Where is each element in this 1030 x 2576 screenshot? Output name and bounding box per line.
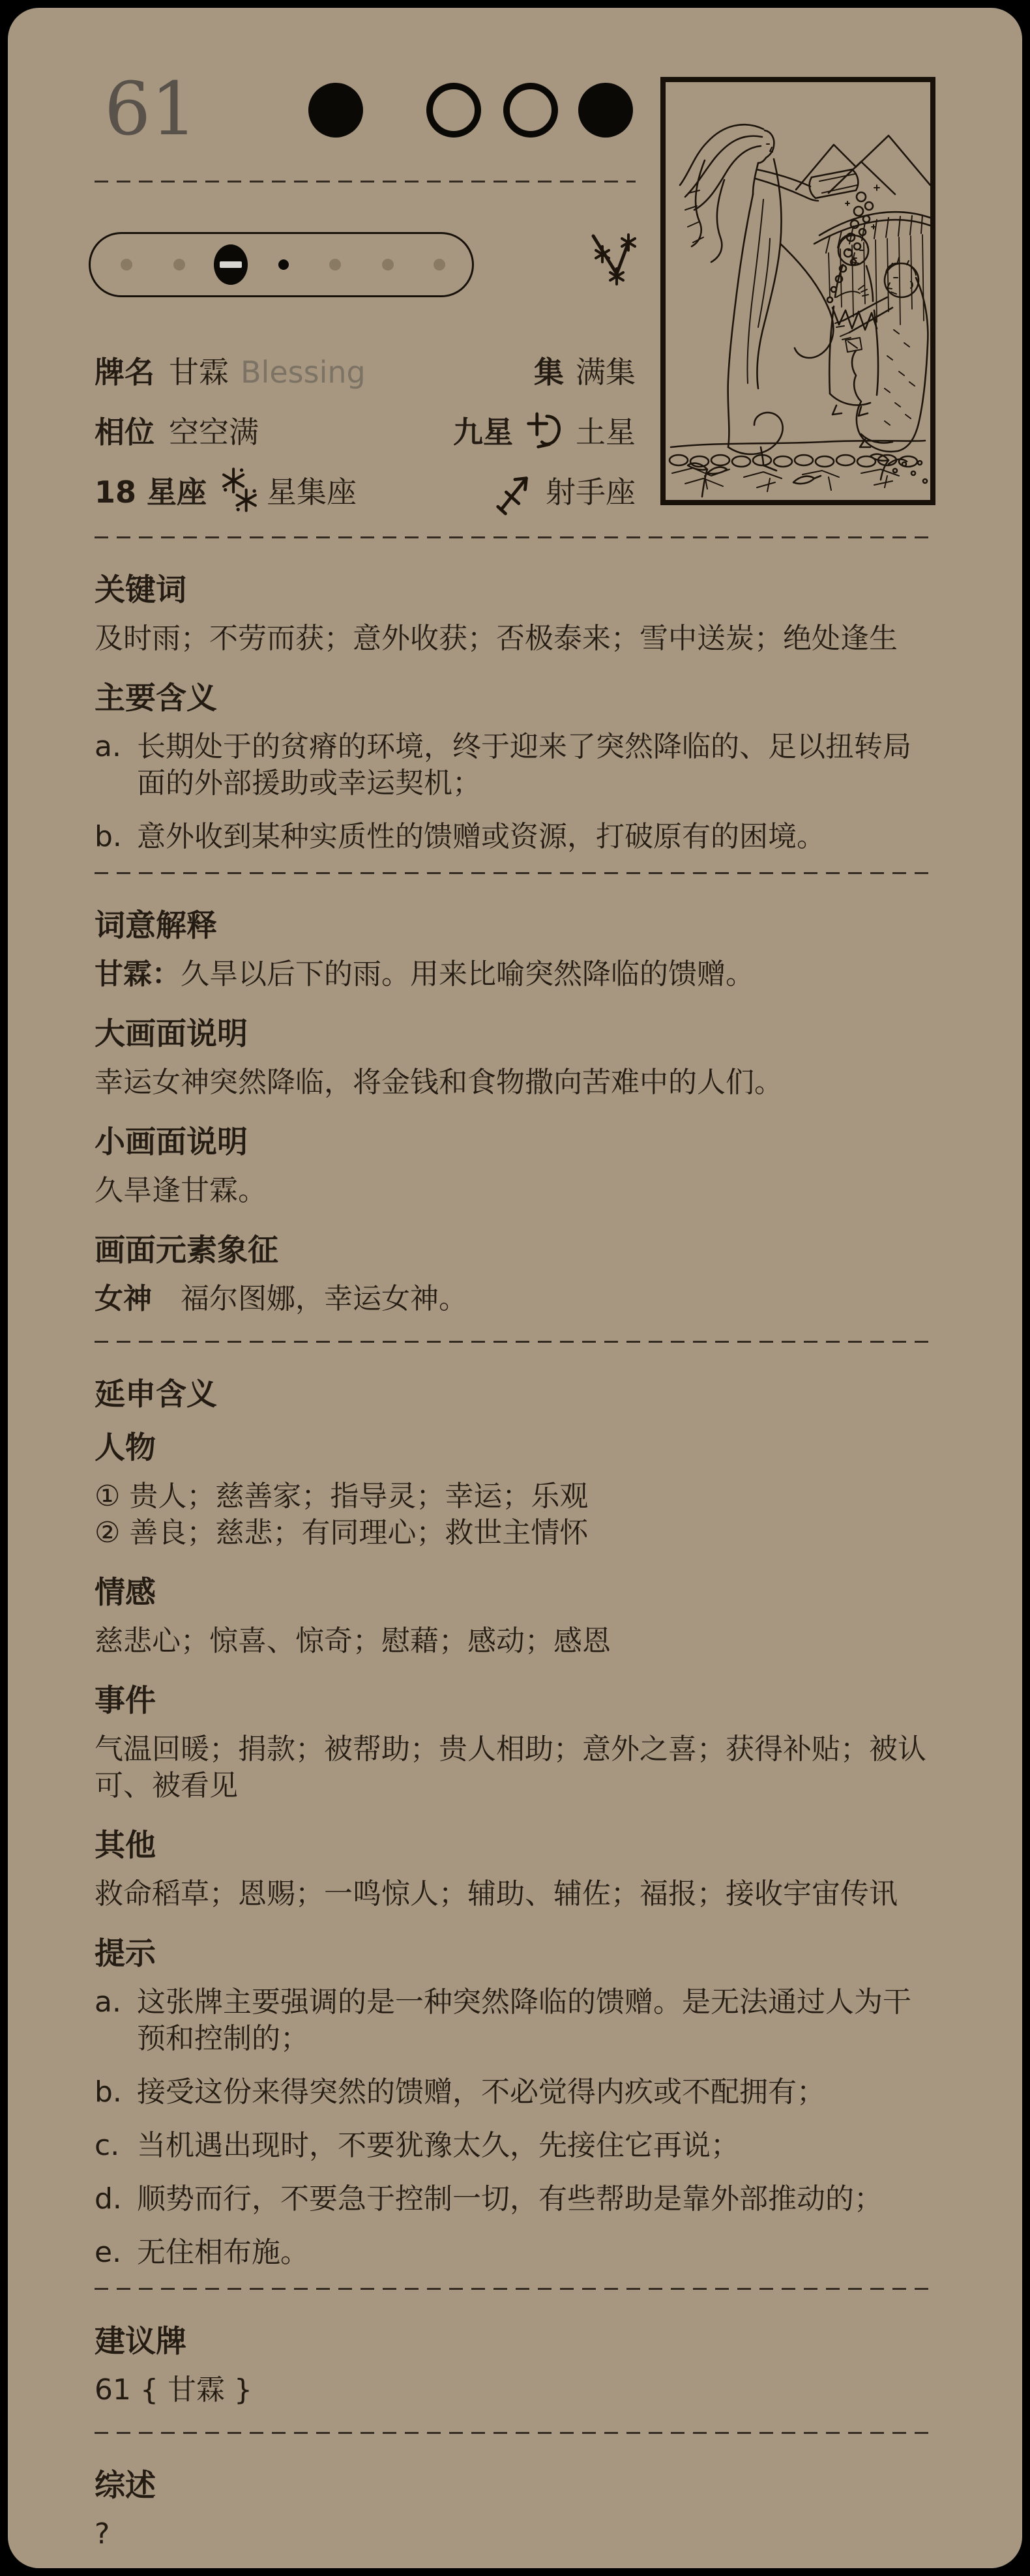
row-right-value: 土星	[576, 414, 636, 450]
list-text: 无住相布施。	[137, 2236, 309, 2269]
list-item: a. 长期处于的贫瘠的环境，终于迎来了突然降临的、足以扭转局面的外部援助或幸运契…	[95, 729, 935, 802]
symbol-definition: 福尔图娜，幸运女神。	[181, 1282, 467, 1315]
list-item: e. 无住相布施。	[95, 2234, 935, 2271]
row-label: 18 星座	[95, 474, 207, 510]
section-heading-summary: 综述	[95, 2468, 935, 2504]
slider-dot-4[interactable]	[278, 259, 289, 270]
moon-phase-filled-icon	[578, 83, 633, 138]
slider-dot-5[interactable]	[329, 259, 341, 271]
list-marker: e.	[95, 2234, 121, 2271]
list-text: 这张牌主要强调的是一种突然降临的馈赠。是无法通过人为干预和控制的；	[137, 1985, 911, 2055]
section-heading-main-meaning: 主要含义	[95, 681, 935, 717]
people-line: ① 贵人；慈善家；指导灵；幸运；乐观	[95, 1478, 935, 1515]
row-value-en: Blessing	[241, 354, 366, 390]
saturn-icon	[525, 408, 564, 456]
phase-slider[interactable]	[89, 232, 474, 297]
fortuna-goddess-woodcut-illustration	[666, 82, 930, 500]
section-heading-big-picture: 大画面说明	[95, 1016, 935, 1053]
card-number: 61	[104, 73, 198, 146]
list-item: d. 顺势而行，不要急于控制一切，有些帮助是靠外部推动的；	[95, 2181, 935, 2217]
section-heading-symbolism: 画面元素象征	[95, 1233, 935, 1269]
list-text: 接受这份来得突然的馈赠，不必觉得内疚或不配拥有；	[137, 2075, 825, 2109]
slider-handle[interactable]	[214, 244, 248, 285]
summary-text: ?	[95, 2516, 935, 2553]
subsection-heading-people: 人物	[95, 1430, 935, 1467]
symbolism-text: 女神福尔图娜，幸运女神。	[95, 1281, 935, 1317]
row-right-value: 满集	[576, 354, 636, 390]
list-item: c. 当机遇出现时，不要犹豫太久，先接住它再说；	[95, 2128, 935, 2164]
list-marker: d.	[95, 2181, 122, 2217]
dashed-divider	[95, 1341, 935, 1343]
events-text: 气温回暖；捐款；被帮助；贵人相助；意外之喜；获得补贴；被认可、被看见	[95, 1731, 935, 1804]
section-heading-tips: 提示	[95, 1936, 935, 1972]
term-definition: 久旱以后下的雨。用来比喻突然降临的馈赠。	[181, 958, 754, 991]
table-row-phase: 相位 空空满 九星 土星	[95, 414, 636, 450]
table-row-name: 牌名 甘霖 Blessing 集 满集	[95, 354, 636, 390]
list-text: 长期处于的贫瘠的环境，终于迎来了突然降临的、足以扭转局面的外部援助或幸运契机；	[137, 730, 911, 800]
suggestion-text: 61 { 甘霖 }	[95, 2372, 935, 2408]
others-text: 救命稻草；恩赐；一鸣惊人；辅助、辅佐；福报；接收宇宙传讯	[95, 1876, 935, 1912]
list-text: 意外收到某种实质性的馈赠或资源，打破原有的困境。	[137, 820, 825, 853]
subsection-heading-emotion: 情感	[95, 1575, 935, 1611]
small-picture-text: 久旱逢甘霖。	[95, 1173, 935, 1209]
section-heading-small-picture: 小画面说明	[95, 1124, 935, 1161]
list-text: 当机遇出现时，不要犹豫太久，先接住它再说；	[137, 2129, 739, 2162]
list-item: a. 这张牌主要强调的是一种突然降临的馈赠。是无法通过人为干预和控制的；	[95, 1984, 935, 2057]
list-marker: c.	[95, 2128, 119, 2164]
symbol-term: 女神	[95, 1282, 152, 1315]
list-text: 顺势而行，不要急于控制一切，有些帮助是靠外部推动的；	[137, 2182, 883, 2216]
dashed-divider	[95, 536, 935, 538]
section-heading-word-meaning: 词意解释	[95, 908, 935, 944]
dashed-divider	[95, 181, 636, 183]
moon-phase-outline-icon	[426, 83, 481, 138]
slider-dot-6[interactable]	[382, 259, 394, 271]
moon-phase-outline-icon	[503, 83, 558, 138]
list-item: b. 意外收到某种实质性的馈赠或资源，打破原有的困境。	[95, 819, 935, 855]
card-body: 关键词 及时雨；不劳而获；意外收获；否极泰来；雪中送炭；绝处逢生 主要含义 a.…	[95, 531, 935, 2568]
card-page: 61	[8, 8, 1022, 2568]
section-heading-suggestion: 建议牌	[95, 2324, 935, 2360]
subsection-heading-events: 事件	[95, 1683, 935, 1720]
list-marker: b.	[95, 819, 122, 855]
list-marker: b.	[95, 2074, 122, 2111]
dashed-divider	[95, 2432, 935, 2434]
row-label: 相位	[95, 414, 154, 450]
v-crossed-arrows-icon	[584, 231, 636, 288]
subsection-heading-others: 其他	[95, 1828, 935, 1864]
slider-dot-1[interactable]	[121, 259, 132, 271]
keywords-text: 及时雨；不劳而获；意外收获；否极泰来；雪中送炭；绝处逢生	[95, 621, 935, 657]
section-heading-keywords: 关键词	[95, 572, 935, 609]
term-label: 甘霖：	[95, 958, 181, 991]
row-value: 空空满	[169, 414, 259, 450]
minus-icon	[220, 261, 242, 268]
row-value: 星集座	[267, 474, 357, 510]
table-row-constellation: 18 星座 星集座	[95, 474, 636, 510]
list-marker: a.	[95, 1984, 121, 2021]
section-heading-extended: 延申含义	[95, 1377, 935, 1413]
big-picture-text: 幸运女神突然降临，将金钱和食物撒向苦难中的人们。	[95, 1064, 935, 1101]
word-meaning-text: 甘霖：久旱以后下的雨。用来比喻突然降临的馈赠。	[95, 956, 935, 993]
slider-dot-2[interactable]	[173, 259, 185, 271]
row-right-label: 九星	[453, 414, 513, 450]
people-text: ① 贵人；慈善家；指导灵；幸运；乐观 ② 善良；慈悲；有同理心；救世主情怀	[95, 1478, 935, 1551]
dashed-divider	[95, 872, 935, 874]
dashed-divider	[95, 2288, 935, 2290]
list-marker: a.	[95, 729, 121, 765]
star-cluster-icon	[218, 463, 260, 521]
sagittarius-icon	[493, 468, 534, 516]
card-info-table: 牌名 甘霖 Blessing 集 满集 相位 空空满 九星	[95, 354, 636, 534]
row-label: 牌名	[95, 354, 154, 390]
emotion-text: 慈悲心；惊喜、惊奇；慰藉；感动；感恩	[95, 1623, 935, 1660]
row-value: 甘霖	[169, 354, 229, 390]
list-item: b. 接受这份来得突然的馈赠，不必觉得内疚或不配拥有；	[95, 2074, 935, 2111]
moon-phase-filled-icon	[308, 83, 363, 138]
slider-dot-7[interactable]	[434, 259, 445, 271]
row-right-value: 射手座	[546, 474, 636, 510]
people-line: ② 善良；慈悲；有同理心；救世主情怀	[95, 1515, 935, 1551]
card-illustration	[660, 77, 935, 505]
row-right-label: 集	[534, 354, 564, 390]
